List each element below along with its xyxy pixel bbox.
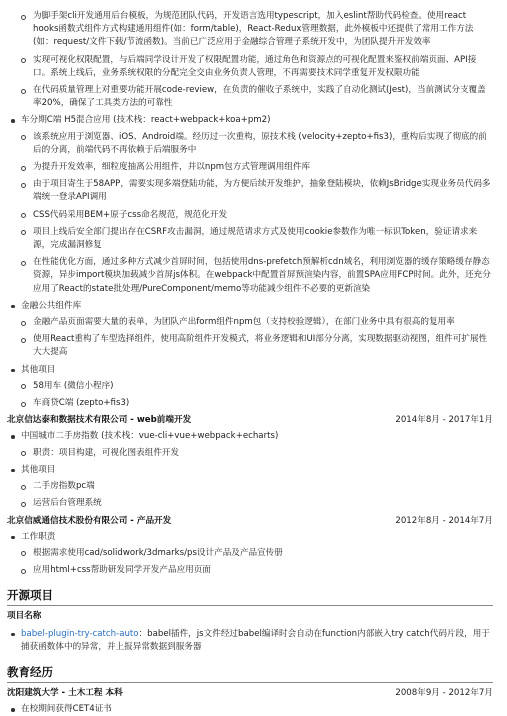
job-title: 北京信达泰和数据技术有限公司 - web前端开发	[7, 414, 191, 427]
list-item: CSS代码采用BEM+原子css命名规范，规范化开发	[7, 209, 493, 222]
babel-plugin-link[interactable]: babel-plugin-try-catch-auto	[21, 629, 139, 639]
item-text: 根据需求使用cad/solidwork/3dmarks/ps设计产品及产品宣传册	[33, 548, 283, 558]
item-text: 项目上线后安全部门提出存在CSRF攻击漏洞，通过规范请求方式及使用cookie参…	[33, 227, 477, 250]
item-text: 实现可视化权限配置，与后端同学设计开发了权限配置功能，通过角色和资源点的可视化配…	[33, 55, 476, 78]
bullet-icon	[11, 633, 15, 637]
hollow-bullet-icon	[21, 183, 26, 188]
list-item: 应用html+css帮助研发同学开发产品应用页面	[7, 564, 493, 577]
job-header: 北京信达泰和数据技术有限公司 - web前端开发 2014年8月 - 2017年…	[7, 414, 493, 427]
hollow-bullet-icon	[21, 485, 26, 490]
job-project-list: 中国城市二手房指数 (技术栈：vue-cli+vue+webpack+echar…	[7, 430, 493, 510]
school-title: 沈阳建筑大学 - 土木工程 本科	[7, 687, 123, 700]
list-item: babel-plugin-try-catch-auto：babel插件，js文件…	[7, 628, 493, 654]
project-title: 金融公共组件库	[21, 301, 81, 311]
hollow-bullet-icon	[21, 502, 26, 507]
project-title: 其他项目	[21, 465, 55, 475]
hollow-bullet-icon	[21, 551, 26, 556]
hollow-bullet-icon	[21, 569, 26, 574]
hollow-bullet-icon	[21, 58, 26, 63]
item-text: CSS代码采用BEM+原子css命名规范，规范化开发	[33, 210, 227, 220]
hollow-bullet-icon	[21, 338, 26, 343]
list-item: 使用React重构了车型选择组件，使用高阶组件开发模式，将业务逻辑和UI部分分离…	[7, 333, 493, 359]
hollow-bullet-icon	[21, 230, 26, 235]
item-text: 在性能优化方面，通过多种方式减少首屏时间，包括使用dns-prefetch预解析…	[33, 257, 491, 293]
education-date: 2008年9月 - 2012年7月	[395, 687, 493, 700]
item-text: 该系统应用于浏览器、iOS、Android端。经历过一次重构，原技术栈 (vel…	[33, 132, 487, 155]
list-item: 金融产品页面需要大量的表单，为团队产出form组件npm包（支持校验逻辑），在部…	[7, 316, 493, 329]
job-date: 2012年8月 - 2014年7月	[395, 515, 493, 528]
list-item: 车商贷C端 (zepto+fis3)	[7, 397, 493, 410]
item-text: 二手房指数pc端	[33, 481, 95, 491]
bullet-icon	[11, 305, 15, 309]
project-name-heading: 项目名称	[7, 610, 493, 623]
hollow-bullet-icon	[21, 135, 26, 140]
resume-page: 为脚手架cli开发通用后台模板，为规范团队代码，开发语言选用typescript…	[0, 0, 493, 716]
education-list: 在校期间获得CET4证书	[7, 703, 493, 716]
project-list-58: 车分期C端 H5混合应用 (技术栈：react+webpack+koa+pm2)…	[7, 114, 493, 410]
list-item: 二手房指数pc端	[7, 480, 493, 493]
bullet-icon	[11, 369, 15, 373]
job-title: 北京信威通信技术股份有限公司 - 产品开发	[7, 515, 171, 528]
list-item: 在代码质量管理上对重要功能开展code-review，在负责的催收子系统中，实践…	[7, 84, 493, 110]
item-text: 在校期间获得CET4证书	[21, 704, 112, 714]
hollow-bullet-icon	[21, 321, 26, 326]
list-item: 为脚手架cli开发通用后台模板，为规范团队代码，开发语言选用typescript…	[7, 10, 493, 50]
list-item: 职责：项目构建，可视化图表组件开发	[7, 447, 493, 460]
hollow-bullet-icon	[21, 15, 26, 20]
item-text: 由于项目寄生于58APP，需要实现多端登陆功能，为方便后续开发维护，抽象登陆模块…	[33, 179, 491, 202]
hollow-bullet-icon	[21, 213, 26, 218]
hollow-bullet-icon	[21, 166, 26, 171]
list-item: 58用车 (微信小程序)	[7, 380, 493, 393]
item-text: 运营后台管理系统	[33, 498, 102, 508]
list-item: 在性能优化方面，通过多种方式减少首屏时间，包括使用dns-prefetch预解析…	[7, 256, 493, 296]
item-text: 在代码质量管理上对重要功能开展code-review，在负责的催收子系统中，实践…	[33, 85, 486, 108]
job-project-list: 工作职责 根据需求使用cad/solidwork/3dmarks/ps设计产品及…	[7, 531, 493, 578]
list-item: 为提升开发效率，细粒度抽离公用组件，并以npm包方式管理调用组件库	[7, 161, 493, 174]
project-title: 工作职责	[21, 532, 55, 542]
list-item: 运营后台管理系统	[7, 497, 493, 510]
list-item: 实现可视化权限配置，与后端同学设计开发了权限配置功能，通过角色和资源点的可视化配…	[7, 54, 493, 80]
project-title: 其他项目	[21, 365, 55, 375]
list-item: 项目上线后安全部门提出存在CSRF攻击漏洞，通过规范请求方式及使用cookie参…	[7, 226, 493, 252]
hollow-bullet-icon	[21, 261, 26, 266]
bullet-icon	[11, 435, 15, 439]
job-header: 北京信威通信技术股份有限公司 - 产品开发 2012年8月 - 2014年7月	[7, 515, 493, 528]
list-item: 根据需求使用cad/solidwork/3dmarks/ps设计产品及产品宣传册	[7, 547, 493, 560]
item-text: 为提升开发效率，细粒度抽离公用组件，并以npm包方式管理调用组件库	[33, 162, 310, 172]
intro-list: 为脚手架cli开发通用后台模板，为规范团队代码，开发语言选用typescript…	[7, 10, 493, 110]
bullet-icon	[11, 536, 15, 540]
item-text: 为脚手架cli开发通用后台模板，为规范团队代码，开发语言选用typescript…	[33, 11, 473, 47]
bullet-icon	[11, 119, 15, 123]
list-item: 由于项目寄生于58APP，需要实现多端登陆功能，为方便后续开发维护，抽象登陆模块…	[7, 178, 493, 204]
bullet-icon	[11, 469, 15, 473]
hollow-bullet-icon	[21, 89, 26, 94]
hollow-bullet-icon	[21, 384, 26, 389]
bullet-icon	[11, 708, 15, 712]
item-text: 车商贷C端 (zepto+fis3)	[33, 398, 129, 408]
item-text: 金融产品页面需要大量的表单，为团队产出form组件npm包（支持校验逻辑），在部…	[33, 317, 455, 327]
list-item: 该系统应用于浏览器、iOS、Android端。经历过一次重构，原技术栈 (vel…	[7, 131, 493, 157]
section-heading-education: 教育经历	[7, 664, 493, 683]
education-header: 沈阳建筑大学 - 土木工程 本科 2008年9月 - 2012年7月	[7, 687, 493, 700]
item-text: 58用车 (微信小程序)	[33, 381, 114, 391]
project-item: 工作职责 根据需求使用cad/solidwork/3dmarks/ps设计产品及…	[7, 531, 493, 578]
project-item: 其他项目 二手房指数pc端 运营后台管理系统	[7, 464, 493, 511]
project-title: 车分期C端 H5混合应用 (技术栈：react+webpack+koa+pm2)	[21, 115, 271, 125]
open-source-list: babel-plugin-try-catch-auto：babel插件，js文件…	[7, 628, 493, 654]
project-item: 金融公共组件库 金融产品页面需要大量的表单，为团队产出form组件npm包（支持…	[7, 300, 493, 360]
item-text: 使用React重构了车型选择组件，使用高阶组件开发模式，将业务逻辑和UI部分分离…	[33, 334, 487, 357]
job-date: 2014年8月 - 2017年1月	[395, 414, 493, 427]
project-item: 车分期C端 H5混合应用 (技术栈：react+webpack+koa+pm2)…	[7, 114, 493, 295]
hollow-bullet-icon	[21, 402, 26, 407]
project-title: 中国城市二手房指数 (技术栈：vue-cli+vue+webpack+echar…	[21, 431, 278, 441]
section-heading-open-source: 开源项目	[7, 587, 493, 606]
project-item: 中国城市二手房指数 (技术栈：vue-cli+vue+webpack+echar…	[7, 430, 493, 459]
item-text: 应用html+css帮助研发同学开发产品应用页面	[33, 565, 211, 575]
item-text: 职责：项目构建，可视化图表组件开发	[33, 448, 179, 458]
project-item: 其他项目 58用车 (微信小程序) 车商贷C端 (zepto+fis3)	[7, 364, 493, 411]
list-item: 在校期间获得CET4证书	[7, 703, 493, 716]
hollow-bullet-icon	[21, 451, 26, 456]
